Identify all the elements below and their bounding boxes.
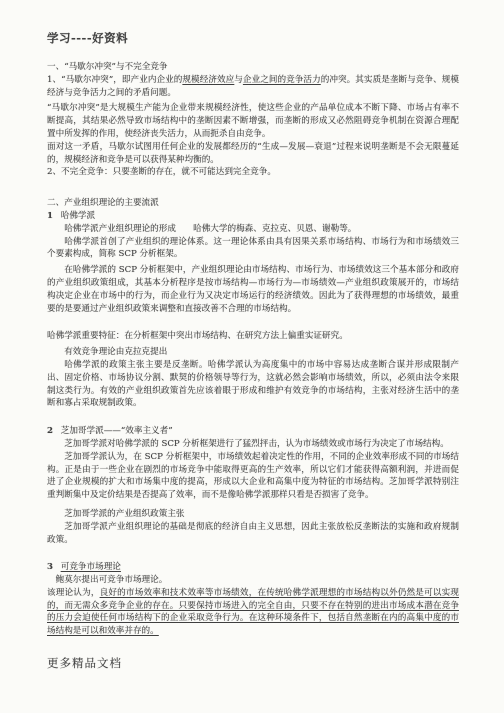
para-baumol: 鲍莫尔提出可竞争市场理论。: [47, 574, 459, 587]
underlined-text-contestable-conclusion: 良好的市场效率和技术效率等市场绩效，在传统哈佛学派理想的市场结构以外仍然是可以实…: [47, 588, 459, 636]
para-chicago-policy: 芝加哥学派产业组织理论的基础是彻底的经济自由主义思想，因此主张放松反垄断法的实施…: [47, 521, 459, 547]
page-header: 学习----好资料: [47, 30, 459, 46]
subsection-name: 可竞争市场理论: [61, 562, 121, 572]
subsection-harvard-title: 1哈佛学派: [47, 210, 459, 223]
section-io-schools-title: 二、产业组织理论的主要流派: [47, 197, 459, 210]
text-segment: 与: [234, 75, 243, 85]
para-imperfect-competition: 2、不完全竞争：只要垄断的存在，就不可能达到完全竞争。: [47, 166, 459, 179]
para-chicago-critique: 芝加哥学派对哈佛学派的 SCP 分析框架进行了猛烈抨击，认为市场绩效或市场行为决…: [47, 438, 459, 451]
para-marshall-description: “马歇尔冲突”是大规模生产能为企业带来规模经济性，使这些企业的产品单位成本不断下…: [47, 102, 459, 140]
document-page: 学习----好资料 一、“马歇尔冲突”与不完全竞争 1、“马歇尔冲突”，即产业内…: [0, 0, 504, 713]
para-contestable-theory: 该理论认为，良好的市场效率和技术效率等市场绩效，在传统哈佛学派理想的市场结构以外…: [47, 587, 459, 638]
underlined-text-scale-economy: 规模经济效应: [182, 75, 234, 85]
para-harvard-policy: 哈佛学派的政策主张主要是反垄断。哈佛学派认为高度集中的市场中容易达成垄断合谋并形…: [47, 359, 459, 410]
text-segment: 该理论认为，: [47, 588, 100, 598]
page-footer: 更多精品文档: [47, 655, 459, 671]
subsection-contestable-title: 3可竞争市场理论: [47, 561, 459, 574]
para-harvard-features: 哈佛学派重要特征：在分析框架中突出市场结构、在研究方法上偏重实证研究。: [47, 330, 459, 343]
subsection-name: 哈佛学派: [61, 211, 95, 221]
para-marshall-resolution: 面对这一矛盾，马歇尔试图用任何企业的发展都经历的“生成—发展—衰退”过程来说明垄…: [47, 141, 459, 167]
para-harvard-formation: 哈佛学派产业组织理论的形成 哈佛大学的梅森、克拉克、贝恩、谢勒等。: [47, 223, 459, 236]
subsection-number: 1: [47, 211, 53, 221]
para-effective-competition: 有效竞争理论由克拉克提出: [47, 346, 459, 359]
text-segment: 1、“马歇尔冲突”，即产业内企业的: [47, 75, 182, 85]
subsection-number: 2: [47, 426, 53, 436]
para-harvard-scp-creation: 哈佛学派首创了产业组织的理论体系。这一理论体系由具有因果关系市场结构、市场行为和…: [47, 236, 459, 262]
para-marshall-definition: 1、“马歇尔冲突”，即产业内企业的规模经济效应与企业之间的竞争活力的冲突。其实质…: [47, 74, 459, 100]
underlined-text-competition-vitality: 企业之间的竞争活力: [243, 75, 321, 85]
subsection-number: 3: [47, 562, 53, 572]
subsection-chicago-title: 2芝加哥学派——“效率主义者”: [47, 425, 459, 438]
para-chicago-efficiency: 芝加哥学派认为，在 SCP 分析框架中，市场绩效起着决定性的作用，不同的企业效率…: [47, 451, 459, 502]
para-chicago-policy-heading: 芝加哥学派的产业组织政策主张: [47, 508, 459, 521]
document-body: 一、“马歇尔冲突”与不完全竞争 1、“马歇尔冲突”，即产业内企业的规模经济效应与…: [47, 61, 459, 638]
subsection-name: 芝加哥学派——“效率主义者”: [61, 426, 173, 436]
section-marshall-title: 一、“马歇尔冲突”与不完全竞争: [47, 61, 459, 74]
para-harvard-scp-framework: 在哈佛学派的 SCP 分析框架中，产业组织理论由市场结构、市场行为、市场绩效这三…: [47, 264, 459, 315]
